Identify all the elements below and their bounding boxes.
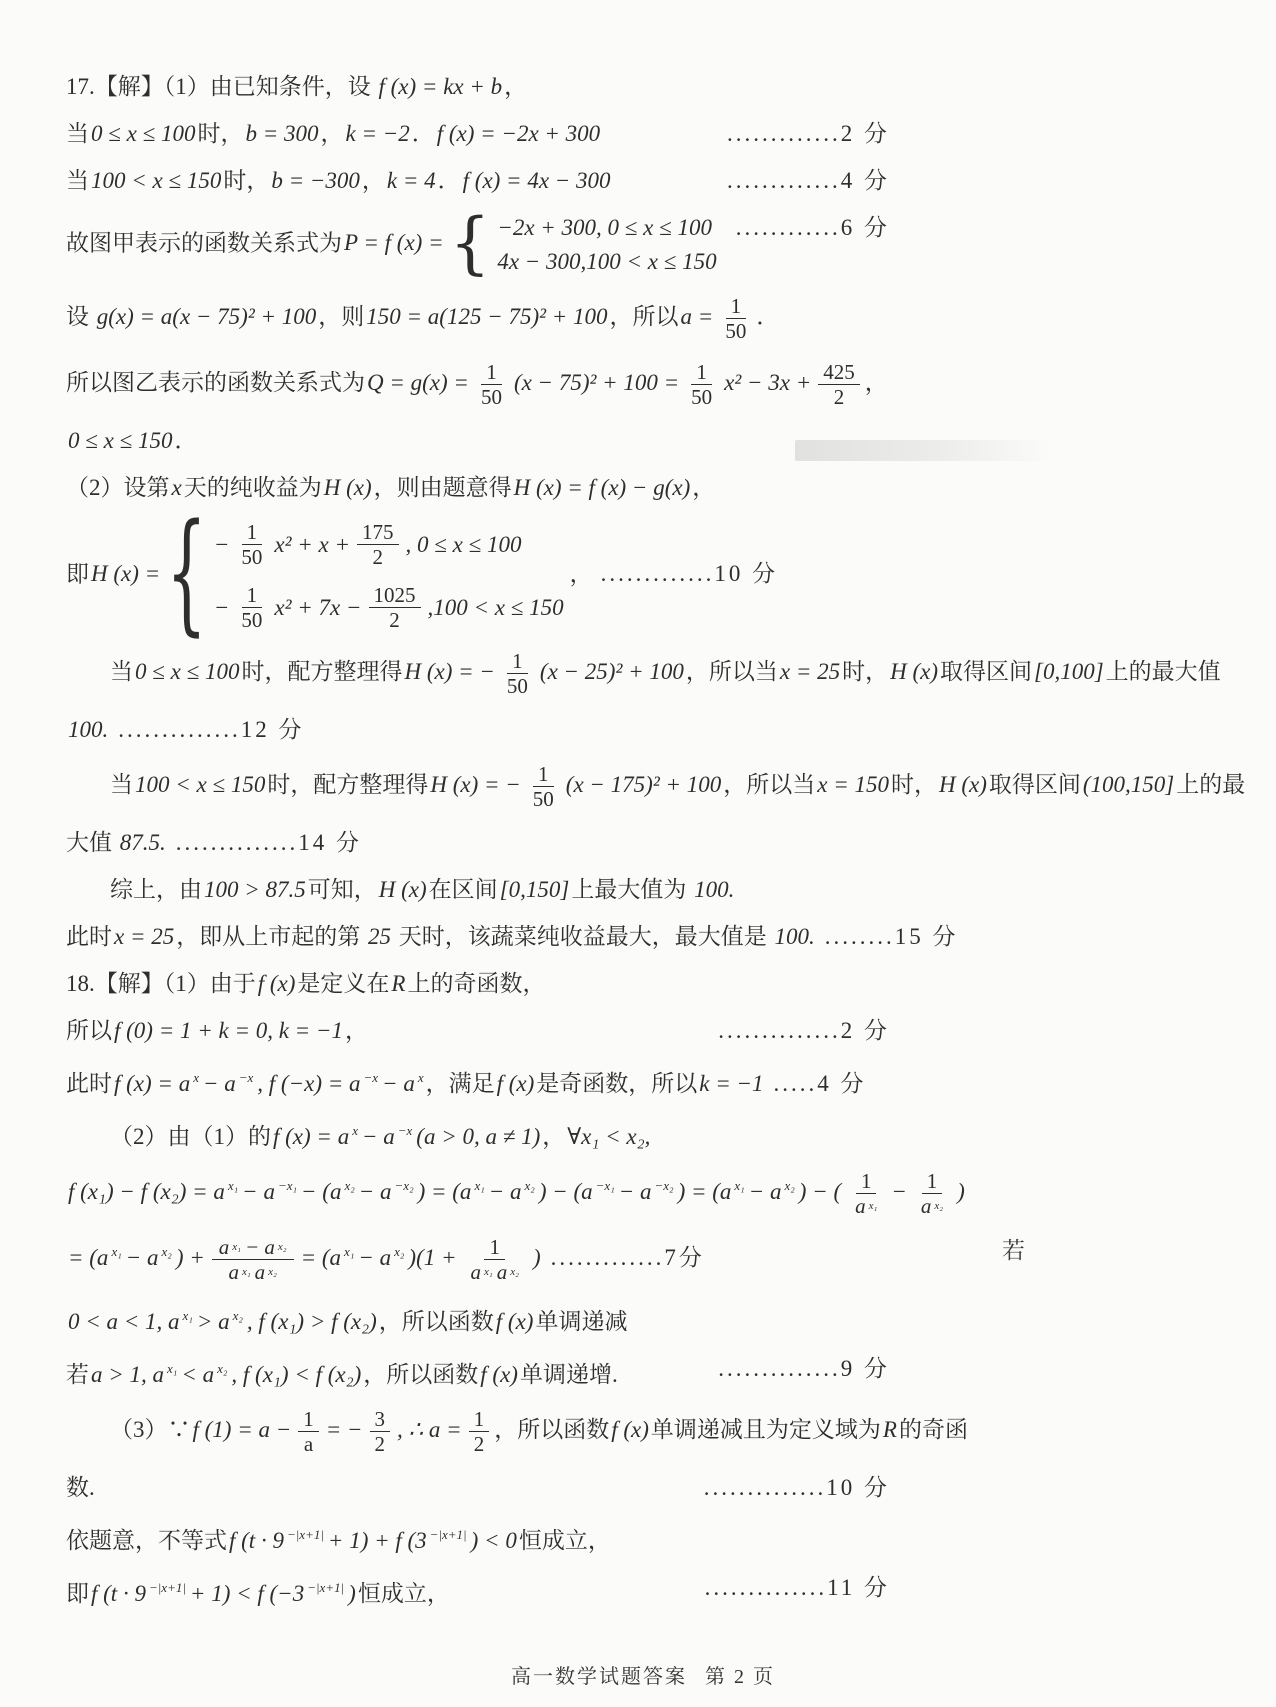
superscript: −|x+1| [430,1520,467,1550]
line-17-part2: （2）设第x天的纯收益为H (x)，则由题意得H (x) = f (x) − g… [66,473,1220,503]
piecewise-group: {−2x + 300, 0 ≤ x ≤ 1004x − 300,100 < x … [450,213,719,277]
text-run: ，所以函数 [379,1309,494,1334]
math-run: > a [195,1309,232,1334]
math-run: R [389,971,407,996]
text-run: ． [756,304,779,329]
math-run: k = −2 [344,121,412,146]
math-run: a [495,1260,510,1284]
text-run: 18.【解】（1）由于 [66,971,256,996]
math-run: − a [487,1179,524,1204]
text-run: 故图甲表示的函数关系式为 [66,230,342,255]
math-run: f (t · 9 [227,1528,286,1553]
text-run: ，所以当 [723,772,815,797]
numerator: 1 [533,762,554,787]
math-run: b = −300 [269,168,362,193]
left-brace-icon: { [450,215,491,275]
solution-lines: 17.【解】（1）由已知条件，设 f (x) = kx + b，当0 ≤ x ≤… [66,72,1220,1626]
text-run: 天时，该蔬菜纯收益最大，最大值是 [393,924,773,949]
text-run: 当 [66,168,89,193]
text-run: 当 [110,772,133,797]
text-run: （3）∵ [110,1417,191,1442]
superscript: x [193,1063,199,1093]
denominator: 50 [236,545,267,569]
math-run: H (x) = − [402,659,496,684]
text-run: 可知， [308,877,377,902]
text-run: 即 [66,561,89,586]
superscript: −x₁ [278,1171,297,1201]
math-run: = (a [66,1245,110,1270]
math-run: f (1) = a − [191,1417,294,1442]
math-run: f (x) [478,1362,520,1387]
denominator: 50 [236,608,267,632]
score-marker: ..............14 分 [176,830,362,855]
text-run: ． [174,428,197,453]
superscript: x₁ [228,1171,238,1201]
numerator: 1025 [369,583,421,608]
superscript: −x [398,1116,413,1146]
fraction: 150 [720,294,751,343]
text-run: ， [321,121,344,146]
denominator: 50 [720,319,751,343]
text-run: 单调递增. [520,1362,618,1387]
line-17-gx: 设 g(x) = a(x − 75)² + 100，则150 = a(125 −… [66,294,1220,343]
piecewise-rows: −150x² + x +1752, 0 ≤ x ≤ 100−150x² + 7x… [212,520,566,632]
text-run: 此时 [66,924,112,949]
superscript: −x₂ [655,1171,674,1201]
math-run: k = 4 [385,168,438,193]
score-marker: ........15 分 [825,924,959,949]
denominator: ax₂ [914,1194,950,1218]
math-run: (a > 0, a ≠ 1) [414,1124,542,1149]
line-18-decreasing: 0 < a < 1, ax₁> ax₂, f (x₁) > f (x₂)，所以函… [66,1301,1220,1337]
denominator: 2 [368,545,389,569]
math-run: x = 150 [815,772,891,797]
math-run: = − [324,1417,365,1442]
text-run: 上的奇函数， [407,971,545,996]
exam-answer-page: 17.【解】（1）由已知条件，设 f (x) = kx + b，当0 ≤ x ≤… [0,0,1276,1707]
fraction: 150 [502,649,533,698]
math-run: f (t · 9 [89,1581,148,1606]
math-run: −2x + 300, 0 ≤ x ≤ 100 [495,213,714,243]
math-run: − [212,593,232,623]
superscript: x [352,1116,358,1146]
numerator: 1 [691,360,712,385]
text-run: ， [362,168,385,193]
numerator: 1 [469,1407,490,1432]
stray-char: 若 [1002,1232,1025,1265]
text-run: ． [438,168,461,193]
text-run: 时， [891,772,937,797]
numerator: 1 [507,649,528,674]
page-footer: 高一数学试题答案第 2 页 [66,1660,1220,1697]
line-17-case2: 当100 < x ≤ 150时，b = −300，k = 4．f (x) = 4… [66,166,1220,196]
numerator: 1 [726,294,747,319]
piecewise-group: {−150x² + x +1752, 0 ≤ x ≤ 100−150x² + 7… [166,520,565,632]
numerator: 175 [357,520,399,545]
denominator: 2 [384,608,405,632]
fraction: 1ax₁ax₂ [464,1235,526,1284]
denominator: 50 [502,674,533,698]
numerator: 1 [242,583,263,608]
left-brace-icon: { [166,517,207,635]
denominator: 2 [370,1432,391,1456]
math-run: a [853,1194,868,1218]
math-run: − [889,1179,909,1204]
math-run: 4x − 300,100 < x ≤ 150 [495,247,718,277]
math-run: − a [747,1179,784,1204]
text-run: 依题意，不等式 [66,1528,227,1553]
superscript: −x₁ [596,1171,615,1201]
text-run: ，所以函数 [363,1362,478,1387]
math-run: , f (x₁) > f (x₂) [245,1309,379,1334]
math-run: − a [617,1179,654,1204]
score-marker: ............6 分 [736,213,890,243]
math-run: 100. [692,877,736,902]
text-run: （2）由（1）的 [110,1124,271,1149]
denominator: ax₁ax₂ [464,1260,526,1284]
score-marker: .............10 分 [601,561,779,586]
denominator: 50 [476,385,507,409]
text-run: 取得区间 [989,772,1081,797]
superscript: x₂ [278,1235,287,1259]
footer-title: 高一数学试题答案 [511,1666,687,1688]
math-run: f (x) = 4x − 300 [461,168,613,193]
superscript: −|x+1| [287,1520,324,1550]
math-run: 150 = a(125 − 75)² + 100 [364,304,609,329]
text-run: 时，配方整理得 [241,659,402,684]
math-run: R [881,1417,899,1442]
math-run: )(1 + [406,1245,458,1270]
text-run: ，满足 [426,1071,495,1096]
text-run: 综上，由 [110,877,202,902]
numerator: 3 [370,1407,391,1432]
fraction: 150 [236,520,267,569]
math-run: , f (x₁) < f (x₂) [229,1362,363,1387]
piecewise-row: −2x + 300, 0 ≤ x ≤ 100 [495,213,718,243]
math-run: 0 < a < 1, a [66,1309,182,1334]
math-run: H (x) = − [428,772,522,797]
fraction: 1752 [357,520,399,569]
math-run: − a [243,1235,277,1259]
math-run: H (x) [888,659,940,684]
score-marker: ..............2 分 [718,1016,890,1046]
math-run: b = 300 [243,121,320,146]
superscript: x₁ [869,1194,878,1218]
math-run: a [253,1260,268,1284]
superscript: x [418,1063,424,1093]
text-run: 单调递减且为定义域为 [651,1417,881,1442]
text-run: 上最大值为 [571,877,692,902]
math-run: − [212,530,232,560]
line-18-inequality: 依题意，不等式f (t · 9−|x+1|+ 1) + f (3−|x+1|) … [66,1520,1220,1556]
text-run: 数. [66,1475,95,1500]
fraction: 1ax₁ [848,1169,884,1218]
math-run: ) = (a [416,1179,474,1204]
line-17-final: 此时x = 25，即从上市起的第 25 天时，该蔬菜纯收益最大，最大值是 100… [66,922,1220,952]
math-run: , f (−x) = a [255,1071,362,1096]
superscript: x₁ [111,1237,121,1267]
math-run: Q = g(x) = [365,370,471,395]
superscript: −|x+1| [307,1573,344,1603]
math-run: 87.5. [118,830,168,855]
math-run: a [469,1260,484,1284]
math-run: [0,150] [498,877,572,902]
math-run: ) = (a [676,1179,734,1204]
math-run: a [217,1235,232,1259]
superscript: x₂ [784,1171,794,1201]
text-run: ，所以 [610,304,679,329]
denominator: 50 [686,385,717,409]
score-marker: ..............9 分 [718,1354,890,1384]
math-run: f (x₁) − f (x₂) = a [66,1179,227,1204]
math-run: 100 > 87.5 [202,877,308,902]
superscript: x₁ [734,1171,744,1201]
score-marker: .....4 分 [774,1071,867,1096]
math-run: H (x) [377,877,429,902]
line-17-case1: 当0 ≤ x ≤ 100时，b = 300，k = −2．f (x) = −2x… [66,119,1220,149]
fraction: 32 [370,1407,391,1456]
numerator: 1 [922,1169,943,1194]
text-run: 在区间 [429,877,498,902]
math-run: a = [679,304,716,329]
superscript: −x [239,1063,254,1093]
numerator: ax₁− ax₂ [212,1235,294,1260]
math-run: a > 1, a [89,1362,166,1387]
superscript: x₂ [525,1171,535,1201]
math-run: 0 ≤ x ≤ 100 [133,659,241,684]
line-18-diff: f (x₁) − f (x₂) = ax₁− a−x₁− (ax₂− a−x₂)… [66,1169,1220,1218]
text-run: ， [345,1018,368,1043]
line-18-part3-end: 数...............10 分 [66,1473,1220,1503]
math-run: ) [531,1245,543,1270]
math-run: x = 25 [112,924,176,949]
math-run: 100. [772,924,816,949]
text-run: ， [865,370,888,395]
line-18-increasing: 若a > 1, ax₁< ax₂, f (x₁) < f (x₂)，所以函数f … [66,1354,1220,1390]
math-run: + 1) + f (3 [326,1528,429,1553]
math-run: ∀x₁ < x₂, [565,1124,652,1149]
math-run: (x − 75)² + 100 = [512,370,681,395]
denominator: ax₁ax₂ [221,1260,283,1284]
math-run: f (x) = a [112,1071,192,1096]
fraction: 150 [236,583,267,632]
numerator: 425 [818,360,860,385]
fraction: 1a [298,1407,319,1456]
math-run: 0 ≤ x ≤ 150 [66,428,174,453]
math-run: , ∴ a = [395,1417,464,1442]
text-run: 时， [842,659,888,684]
text-run: 时， [197,121,243,146]
denominator: 50 [528,787,559,811]
fraction: 10252 [369,583,421,632]
text-run: 此时 [66,1071,112,1096]
superscript: x₁ [183,1301,193,1331]
math-run: − a [124,1245,161,1270]
math-run: f (x) = a [271,1124,351,1149]
math-run: 0 ≤ x ≤ 100 [89,121,197,146]
math-run: ) − (a [537,1179,595,1204]
denominator: ax₁ [848,1194,884,1218]
text-run: 恒成立， [519,1528,611,1553]
math-run: H (x) [322,475,374,500]
text-run: 时， [223,168,269,193]
text-run: 若 [66,1362,89,1387]
superscript: x₂ [268,1260,277,1284]
superscript: x₂ [510,1260,519,1284]
math-run: + 1) < f (−3 [188,1581,306,1606]
text-run: ． [412,121,435,146]
line-18-check: 此时f (x) = ax− a−x, f (−x) = a−x− ax，满足f … [66,1063,1220,1099]
text-run: 设 [66,304,95,329]
math-run: 100 < x ≤ 150 [89,168,223,193]
math-run: − a [357,1179,394,1204]
line-17-intro: 17.【解】（1）由已知条件，设 f (x) = kx + b， [66,72,1220,102]
text-run: 17.【解】（1）由已知条件，设 [66,74,377,99]
math-run: f (x) [256,971,298,996]
math-run: f (x) [494,1309,536,1334]
superscript: x₂ [394,1237,404,1267]
superscript: x₁ [167,1354,177,1384]
score-marker: .............7分 [551,1245,705,1270]
text-run: 当 [66,121,89,146]
numerator: 1 [242,520,263,545]
text-run: 所以图乙表示的函数关系式为 [66,370,365,395]
superscript: −|x+1| [149,1573,186,1603]
math-run: 25 [366,924,393,949]
score-marker: ..............10 分 [704,1473,890,1503]
line-17-piecewise-P: 故图甲表示的函数关系式为P = f (x) ={−2x + 300, 0 ≤ x… [66,213,1220,277]
math-run: x [170,475,184,500]
text-run: 的奇函 [899,1417,968,1442]
text-run: 时，配方整理得 [267,772,428,797]
math-run: (x − 175)² + 100 [564,772,723,797]
superscript: −x₂ [395,1171,414,1201]
score-marker: ..............11 分 [705,1573,890,1603]
text-run: ，即从上市起的第 [176,924,366,949]
math-run: − a [380,1071,417,1096]
score-marker: .............2 分 [727,119,890,149]
fraction: 12 [469,1407,490,1456]
math-run: ) − ( [797,1179,843,1204]
text-run: （2）设第 [66,475,170,500]
math-run: − a [356,1245,393,1270]
text-run: 取得区间 [940,659,1032,684]
denominator: 2 [469,1432,490,1456]
line-18-f0: 所以f (0) = 1 + k = 0, k = −1，............… [66,1016,1220,1046]
fraction: 150 [476,360,507,409]
math-run: x² − 3x + [722,370,813,395]
math-run: f (x) [609,1417,651,1442]
math-run: x² + 7x − [272,593,363,623]
numerator: 1 [484,1235,505,1260]
line-18-intro: 18.【解】（1）由于f (x)是定义在R上的奇函数， [66,969,1220,999]
math-run: ) [346,1581,358,1606]
math-run: f (x) = kx + b [377,74,505,99]
superscript: x₁ [242,1260,251,1284]
superscript: x₂ [934,1194,943,1218]
math-run: g(x) = a(x − 75)² + 100 [95,304,319,329]
math-run: − a [240,1179,277,1204]
footer-page-number: 第 2 页 [705,1666,775,1688]
numerator: 1 [481,360,502,385]
math-run: [0,100] [1032,659,1106,684]
math-run: − a [360,1124,397,1149]
math-run: x = 25 [778,659,842,684]
math-run: a [919,1194,934,1218]
math-run: ) + [174,1245,207,1270]
math-run: < a [179,1362,216,1387]
fraction: 1ax₂ [914,1169,950,1218]
text-run: 当 [110,659,133,684]
denominator: a [299,1432,318,1456]
text-run: 恒成立， [358,1581,450,1606]
text-run: ，则 [318,304,364,329]
math-run: (x − 25)² + 100 [538,659,686,684]
math-run: − (a [299,1179,343,1204]
math-run: H (x) = [89,561,162,586]
piecewise-row: −150x² + 7x −10252,100 < x ≤ 150 [212,583,566,632]
piecewise-row: 4x − 300,100 < x ≤ 150 [495,247,718,277]
line-17-conclusion: 综上，由100 > 87.5可知，H (x)在区间[0,150]上最大值为 10… [66,875,1220,905]
line-17-max2: 当100 < x ≤ 150时，配方整理得H (x) = −150(x − 17… [66,762,1220,811]
line-17-max2-value: 大值 87.5...............14 分 [66,828,1220,858]
numerator: 1 [298,1407,319,1432]
text-run: ，则由题意得 [374,475,512,500]
fraction: 4252 [818,360,860,409]
score-marker: ..............12 分 [118,717,304,742]
math-run: − a [201,1071,238,1096]
line-18-factor: = (ax₁− ax₂) +ax₁− ax₂ax₁ax₂= (ax₁− ax₂)… [66,1235,1220,1284]
text-run: 上的最 [1176,772,1245,797]
superscript: x₂ [217,1354,227,1384]
line-17-Q: 所以图乙表示的函数关系式为Q = g(x) =150(x − 75)² + 10… [66,360,1220,409]
fraction: 150 [528,762,559,811]
text-run: ，所以当 [686,659,778,684]
text-run: ， [692,475,715,500]
text-run: 所以 [66,1018,112,1043]
line-17-max1: 当0 ≤ x ≤ 100时，配方整理得H (x) = −150(x − 25)²… [66,649,1220,698]
superscript: x₁ [474,1171,484,1201]
text-run: 上的最大值 [1106,659,1221,684]
superscript: x₂ [344,1171,354,1201]
scan-artifact [795,440,1053,461]
math-run: ) < 0 [469,1528,519,1553]
math-run: P = f (x) = [342,230,446,255]
superscript: x₂ [233,1301,243,1331]
text-run: 即 [66,1581,89,1606]
text-run: 是奇函数，所以 [536,1071,697,1096]
math-run: f (x) = −2x + 300 [435,121,602,146]
superscript: x₁ [232,1235,241,1259]
score-marker: .............4 分 [727,166,890,196]
superscript: x₂ [162,1237,172,1267]
text-run: ， [570,561,593,586]
superscript: x₁ [344,1237,354,1267]
math-run: , 0 ≤ x ≤ 100 [404,530,524,560]
line-17-piecewise-H: 即H (x) ={−150x² + x +1752, 0 ≤ x ≤ 100−1… [66,520,1220,632]
math-run: ,100 < x ≤ 150 [426,593,566,623]
text-run: 天的纯收益为 [184,475,322,500]
superscript: x₁ [484,1260,493,1284]
text-run: ， [504,74,527,99]
math-run: x² + x + [272,530,352,560]
numerator: 1 [856,1169,877,1194]
line-18-equivalent: 即f (t · 9−|x+1|+ 1) < f (−3−|x+1|)恒成立，..… [66,1573,1220,1609]
math-run: H (x) [937,772,989,797]
piecewise-rows: −2x + 300, 0 ≤ x ≤ 1004x − 300,100 < x ≤… [495,213,718,277]
math-run: H (x) = f (x) − g(x) [512,475,693,500]
superscript: −x [364,1063,379,1093]
